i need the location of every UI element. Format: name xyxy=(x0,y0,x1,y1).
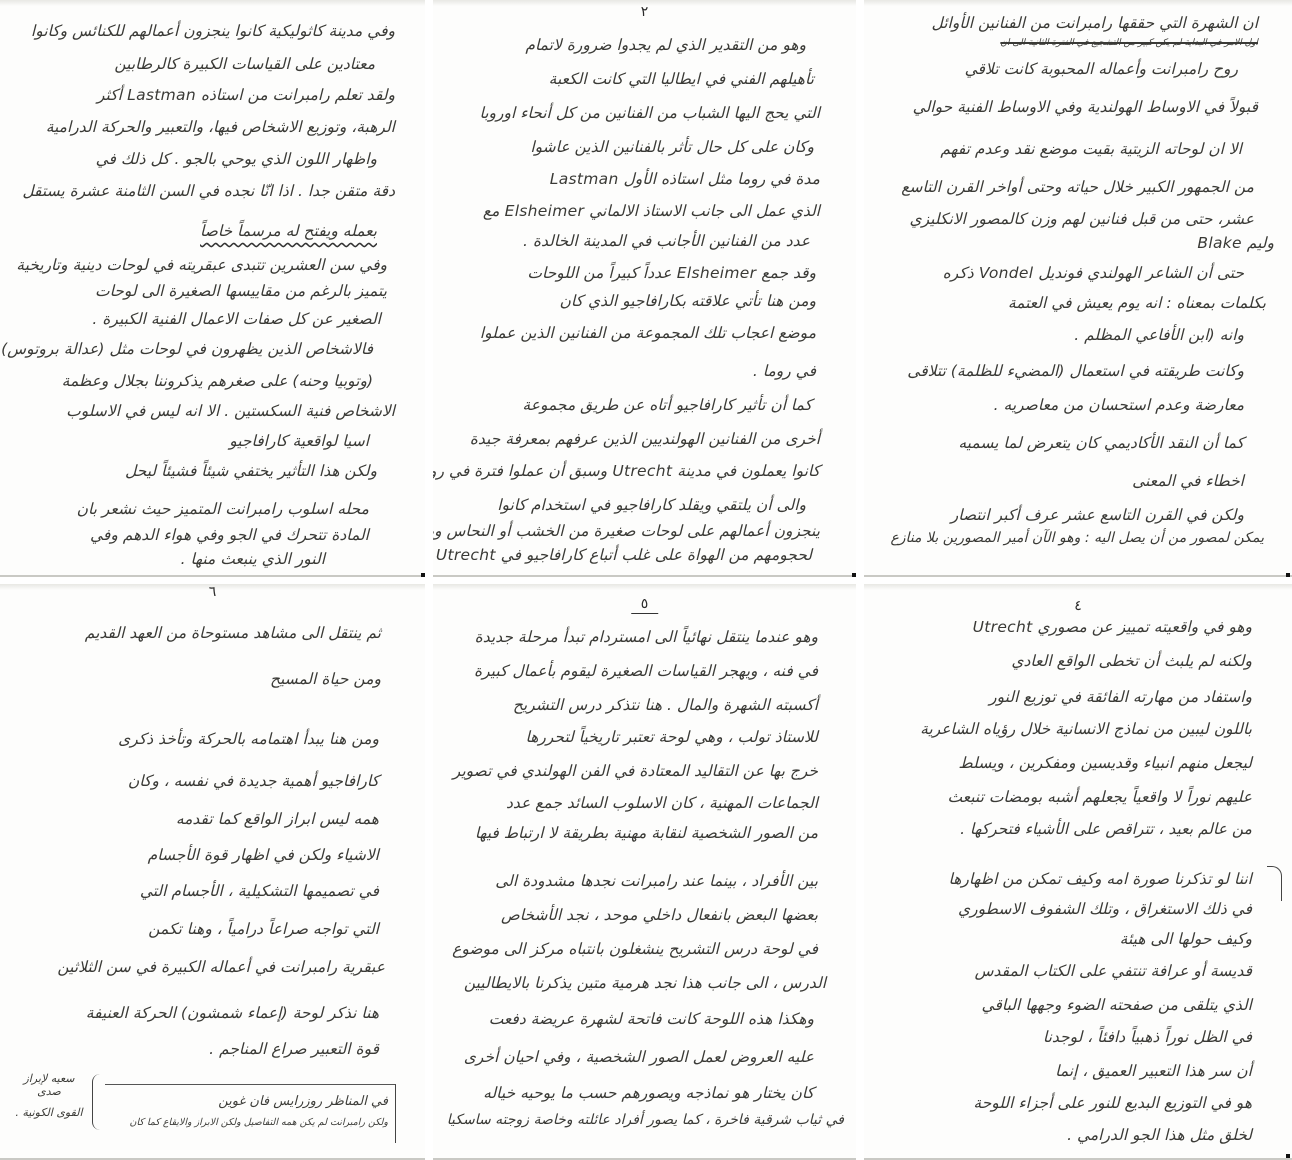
margin-note-line: سعيه لإبراز صدى xyxy=(14,1072,84,1098)
text-line: وقد جمع Elsheimer عدداً كبيراً من اللوحا… xyxy=(527,264,816,282)
text-line: ولكنه لم يلبث أن تخطى الواقع العادي xyxy=(1011,652,1252,670)
manuscript-collage: وفي مدينة كاثوليكية كانوا ينجزون أعمالهم… xyxy=(0,0,1292,1160)
page-text: وهو في واقعيته تمييز عن مصوري Utrecht ول… xyxy=(866,584,1252,1160)
text-line: موضع اعجاب تلك المجموعة من الفنانين الذي… xyxy=(480,324,816,342)
page-top-right: ان الشهرة التي حققها رامبرانت من الفناني… xyxy=(864,0,1292,577)
text-line: كانوا يعملون في مدينة Utrecht وسبق أن عم… xyxy=(433,462,820,480)
edge-mark xyxy=(1286,1154,1290,1158)
text-line: من عالم بعيد ، تتراقص على الأشياء فتحركه… xyxy=(960,820,1252,838)
text-line: ولكن في القرن التاسع عشر عرف أكبر انتصار xyxy=(951,506,1244,524)
text-line: هنا نذكر لوحة (إعماء شمشون) الحركة العني… xyxy=(86,1004,379,1022)
text-line: بين الأفراد ، بينما عند رامبرانت نجدها م… xyxy=(495,872,818,890)
page-top-left: وفي مدينة كاثوليكية كانوا ينجزون أعمالهم… xyxy=(0,0,425,577)
text-line: في لوحة درس التشريح ينشغلون بانتباه مركز… xyxy=(452,940,818,958)
page-bottom-right: ٤ وهو في واقعيته تمييز عن مصوري Utrecht … xyxy=(864,584,1292,1160)
text-line: اخطاء في المعنى xyxy=(1132,472,1244,490)
text-line: أخرى من الفنانين الهولنديين الذين عرفهم … xyxy=(470,430,820,448)
page-text: وفي مدينة كاثوليكية كانوا ينجزون أعمالهم… xyxy=(5,0,395,577)
text-line: دقة متقن جدا . اذا انّا نجده في السن الث… xyxy=(22,182,395,200)
text-line: قوة التعبير صراع المناجم . xyxy=(209,1040,379,1058)
text-line: التي تواجه صراعاً درامياً ، وهنا تكمن xyxy=(148,920,379,938)
margin-note-line: القوى الكونية . xyxy=(14,1106,84,1119)
text-line: وليم Blake xyxy=(1197,234,1274,252)
text-line: ولقد تعلم رامبرانت من استاذه Lastman أكث… xyxy=(97,86,395,104)
text-line: ومن هنا يبدأ اهتمامه بالحركة وتأخذ ذكرى xyxy=(118,730,379,748)
text-line: كما أن تأثير كارافاجيو أتاه عن طريق مجمو… xyxy=(522,396,812,414)
text-line: وفي مدينة كاثوليكية كانوا ينجزون أعمالهم… xyxy=(31,22,395,40)
text-line: أكسبته الشهرة والمال . هنا نتذكر درس الت… xyxy=(513,696,818,714)
text-line: النور الذي ينبعث منها . xyxy=(181,550,325,568)
text-line: الصغير عن كل صفات الاعمال الفنية الكبيرة… xyxy=(92,310,381,328)
text-line: من الصور الشخصية لنقابة مهنية بطريقة لا … xyxy=(475,824,818,842)
text-line: واظهار اللون الذي يوحي بالجو . كل ذلك في xyxy=(96,150,377,168)
text-line: وهو في واقعيته تمييز عن مصوري Utrecht xyxy=(973,618,1252,636)
text-line: الدرس ، الى جانب هذا نجد هرمية متين يذكر… xyxy=(464,974,826,992)
text-line: الذي عمل الى جانب الاستاذ الالماني Elshe… xyxy=(483,202,820,220)
page-top-center: ٢ وهو من التقدير الذي لم يجدوا ضرورة لات… xyxy=(433,0,856,577)
text-line: قديسة أو عرافة تنتفي على الكتاب المقدس xyxy=(975,962,1252,980)
page-bottom-center: ٥ وهو عندما ينتقل نهائياً الى امستردام ت… xyxy=(433,584,856,1160)
text-line: همه ليس ابراز الواقع كما تقدمه xyxy=(176,810,379,828)
text-line: لحجومهم من الهواة على غلب أتباع كارافاجي… xyxy=(436,546,812,564)
text-line: كما أن النقد الأكاديمي كان يتعرض لما يسم… xyxy=(958,434,1244,452)
margin-note: سعيه لإبراز صدى القوى الكونية . xyxy=(14,1072,84,1119)
text-line: الرهبة، وتوزيع الاشخاص فيها، والتعبير وا… xyxy=(46,118,395,136)
text-line: ينجزون أعمالهم على لوحات صغيرة من الخشب … xyxy=(433,522,820,540)
boxed-note: في المناظر روزرايس فان غوين ولكن رامبران… xyxy=(108,1094,388,1128)
text-line: عليه العروض لعمل الصور الشخصية ، وفي احي… xyxy=(464,1048,814,1066)
page-text: ان الشهرة التي حققها رامبرانت من الفناني… xyxy=(866,0,1258,577)
text-line: (وتوبيا وحنه) على صغرهم يذكروننا بجلال و… xyxy=(62,372,373,390)
text-line: الذي يتلقى من صفحته الضوء وجهها الباقي xyxy=(982,996,1252,1014)
text-line: بكلمات بمعناه : انه يوم يعيش في العتمة xyxy=(1008,294,1266,312)
text-line: تأهيلهم الفني في ايطاليا التي كانت الكعب… xyxy=(549,70,814,88)
text-line: وكيف حولها الى هيئة xyxy=(1120,930,1252,948)
text-line-underlined: بعمله ويفتح له مرسماً خاصاً xyxy=(200,222,377,240)
edge-mark xyxy=(1286,573,1290,577)
text-line: ثم ينتقل الى مشاهد مستوحاة من العهد القد… xyxy=(85,624,381,642)
text-line: ليجعل منهم انبياء وقديسين ومفكرين ، ويسل… xyxy=(958,754,1252,772)
boxed-note-line: في المناظر روزرايس فان غوين xyxy=(108,1094,388,1109)
text-line: في ثياب شرقية فاخرة ، كما يصور أفراد عائ… xyxy=(447,1112,844,1128)
text-line: عدد من الفنانين الأجانب في المدينة الخال… xyxy=(523,232,810,250)
text-line: الاشخاص فنية السكستين . الا انه ليس في ا… xyxy=(66,402,395,420)
text-line: كان يختار هو نماذجه ويصورهم حسب ما يوحيه… xyxy=(483,1084,814,1102)
edge-mark xyxy=(421,573,425,577)
text-line: للاستاذ تولب ، وهي لوحة تعتبر تاريخياً ل… xyxy=(526,728,819,746)
text-line: اننا لو تذكرنا صورة امه وكيف تمكن من اظه… xyxy=(949,870,1253,888)
page-text: وهو من التقدير الذي لم يجدوا ضرورة لاتما… xyxy=(440,0,820,577)
text-line: وكان على كل حال تأثر بالفنانين الذين عاش… xyxy=(530,138,814,156)
text-line: خرج بها عن التقاليد المعتادة في الفن اله… xyxy=(453,762,818,780)
text-line: ومن هنا تأتي علاقته بكارافاجيو الذي كان xyxy=(560,292,816,310)
page-bottom-left: ٦ ثم ينتقل الى مشاهد مستوحاة من العهد ال… xyxy=(0,584,425,1160)
text-line: والى أن يلتقي ويقلد كارافاجيو في استخدام… xyxy=(497,496,806,514)
text-line: عبقرية رامبرانت في أعماله الكبيرة في سن … xyxy=(57,958,385,976)
text-line: الجماعات المهنية ، كان الاسلوب السائد جم… xyxy=(506,794,818,812)
text-line: الاشياء ولكن في اظهار قوة الأجسام xyxy=(148,846,379,864)
text-line: وهو عندما ينتقل نهائياً الى امستردام تبد… xyxy=(475,628,818,646)
text-line: في فنه ، ويهجر القياسات الصغيرة ليقوم بأ… xyxy=(474,662,818,680)
text-line: ولكن هذا التأثير يختفي شيئاً فشيئاً ليحل xyxy=(125,462,377,480)
text-line: وهكذا هذه اللوحة كانت فاتحة لشهرة عريضة … xyxy=(489,1010,814,1028)
text-line: بعضها البعض بانفعال داخلي موحد ، نجد الأ… xyxy=(501,906,818,924)
text-line: المادة تتحرك في الجو وفي هواء الدهم وفي xyxy=(90,526,369,544)
text-line: عشر، حتى من قبل فنانين لهم وزن كالمصور ا… xyxy=(909,210,1254,228)
text-line: روح رامبرانت وأعماله المحبوبة كانت تلاقي xyxy=(965,60,1238,78)
text-line: عليهم نوراً لا واقعياً يجعلهم أشبه بومضا… xyxy=(948,788,1252,806)
text-line: هو في التوزيع البديع للنور على أجزاء الل… xyxy=(973,1094,1252,1112)
text-line: اسيا لواقعية كارافاجيو xyxy=(229,432,369,450)
text-line: قبولاً في الاوساط الهولندية وفي الاوساط … xyxy=(913,98,1258,116)
text-line: وهو من التقدير الذي لم يجدوا ضرورة لاتما… xyxy=(525,36,806,54)
text-line: يتميز بالرغم من مقاييسها الصغيرة الى لوح… xyxy=(95,282,387,300)
text-line: باللون ليبين من نماذج الانسانية خلال رؤي… xyxy=(920,720,1252,738)
text-line: واستفاد من مهارته الفائقة في توزيع النور xyxy=(989,688,1252,706)
text-line: ان الشهرة التي حققها رامبرانت من الفناني… xyxy=(931,14,1258,32)
text-line: التي يحج اليها الشباب من الفنانين من كل … xyxy=(479,104,820,122)
text-line: معتادين على القياسات الكبيرة كالرطابين xyxy=(114,55,375,73)
text-line-struck: اول الامر في البداية لم يكن كبير من التش… xyxy=(1000,38,1258,48)
text-line: الا ان لوحاته الزيتية بقيت موضع نقد وعدم… xyxy=(940,140,1242,158)
text-line: ومن حياة المسيح xyxy=(270,670,381,688)
page-text: وهو عندما ينتقل نهائياً الى امستردام تبد… xyxy=(440,584,818,1160)
text-line: حتى أن الشاعر الهولندي فونديل Vondel ذكر… xyxy=(943,264,1244,282)
text-line: وانه (ابن الأفاعي المظلم . xyxy=(1074,326,1244,344)
text-line: فالاشخاص الذين يظهرون في لوحات مثل (عدال… xyxy=(1,340,373,358)
text-line: في الظل نوراً ذهبياً دافئاً ، لوجدنا xyxy=(1043,1028,1252,1046)
text-line: وكانت طريقته في استعمال (المضيء للظلمة) … xyxy=(907,362,1244,380)
text-line: مدة في روما مثل استاذه الأول Lastman xyxy=(550,170,820,188)
edge-mark xyxy=(852,573,856,577)
text-line: في ذلك الاستغراق ، وتلك الشفوف الاسطوري xyxy=(958,900,1252,918)
boxed-note-line: ولكن رامبرانت لم يكن همه التفاصيل ولكن ا… xyxy=(108,1117,388,1128)
text-line: كارافاجيو أهمية جديدة في نفسه ، وكان xyxy=(128,772,379,790)
text-line: محله اسلوب رامبرانت المتميز حيث نشعر بان xyxy=(77,500,369,518)
margin-bracket xyxy=(1267,866,1282,901)
text-line: في روما . xyxy=(753,362,816,380)
text-line: من الجمهور الكبير خلال حياته وحتى أواخر … xyxy=(901,178,1254,196)
text-line: لخلق مثل هذا الجو الدرامي . xyxy=(1067,1126,1252,1144)
text-line: معارضة وعدم استحسان من معاصريه . xyxy=(994,396,1244,414)
text-line: في تصميمها التشكيلية ، الأجسام التي xyxy=(140,882,379,900)
text-line: يمكن لمصور من أن يصل اليه : وهو الآن أمي… xyxy=(890,530,1264,546)
text-line: وفي سن العشرين تتبدى عبقريته في لوحات دي… xyxy=(16,256,387,274)
text-line: أن سر هذا التعبير العميق ، إنما xyxy=(1055,1062,1252,1080)
